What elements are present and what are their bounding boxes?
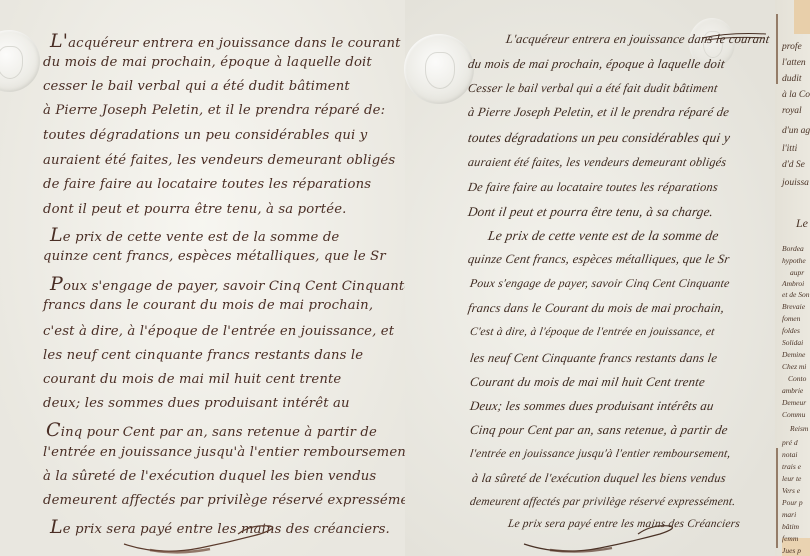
adjacent-fragment: l'itti [782,144,797,154]
transcription-line: c'est à dire, à l'époque de l'entrée en … [43,324,394,339]
page-fold-line [776,448,778,548]
adjacent-fragment: profe [782,42,802,52]
page-fold-line [776,14,778,84]
adjacent-fragment: Reism [790,424,808,433]
manuscript-line: l'entrée en jouissance jusqu'à l'entier … [469,447,731,460]
transcription-line: de faire faire au locataire toutes les r… [43,177,371,192]
manuscript-line: à la sûreté de l'exécution duquel les bi… [471,471,727,486]
adjacent-fragment: Bordea [782,244,804,253]
manuscript-line: Cesser le bail verbal qui a été fait dud… [467,81,719,96]
transcription-line: à la sûreté de l'exécution duquel les bi… [43,469,376,484]
document-image: L'acquéreur entrera en jouissance dans l… [0,0,810,556]
manuscript-line: francs dans le Courant du mois de mai pr… [467,301,725,316]
manuscript-line: C'est à dire, à l'époque de l'entrée en … [469,326,715,338]
adjacent-fragment: l'atten [782,58,806,68]
transcription-panel: L'acquéreur entrera en jouissance dans l… [0,0,405,556]
transcription-line: Poux s'engage de payer, savoir Cinq Cent… [50,273,412,295]
adjacent-fragment: pré d [782,438,798,447]
manuscript-line: Courant du mois de mai mil huit Cent tre… [469,375,706,390]
paper-corner [794,0,810,34]
adjacent-fragment: bâtim [782,522,799,531]
adjacent-fragment: Ambroi [782,279,804,288]
adjacent-fragment: Le [796,216,808,231]
adjacent-fragment: royal [782,106,802,116]
adjacent-fragment: trais e [782,462,801,471]
transcription-line: les neuf cent cinquante francs restants … [43,348,363,363]
adjacent-fragment: et de Son [782,290,810,299]
manuscript-line: Le prix de cette vente est de la somme d… [487,228,720,244]
manuscript-line: Cinq pour Cent par an, sans retenue, à p… [469,423,729,438]
adjacent-fragment: fomen [782,314,800,323]
adjacent-fragment: à la Con [782,90,810,100]
adjacent-fragment: Commu [782,410,805,419]
transcription-line: courant du mois de mai mil huit cent tre… [43,372,341,387]
manuscript-line: à Pierre Joseph Peletin, et il le prendr… [467,105,730,120]
pen-stroke-icon [700,30,770,42]
manuscript-line: Poux s'engage de payer, savoir Cinq Cent… [469,276,731,291]
adjacent-fragment: Vers e [782,486,800,495]
manuscript-line: du mois de mai prochain, époque à laquel… [467,57,726,72]
adjacent-fragment: d'un ag [782,126,810,136]
adjacent-fragment: Jues p [782,546,801,555]
manuscript-line: De faire faire au locataire toutes les r… [467,180,719,195]
manuscript-line: toutes dégradations un peu considérables… [467,130,731,146]
transcription-line: à Pierre Joseph Peletin, et il le prendr… [43,103,385,118]
adjacent-fragment: mari [782,510,796,519]
transcription-line: du mois de mai prochain, époque à laquel… [43,55,372,70]
manuscript-line: quinze Cent francs, espèces métalliques,… [467,252,731,267]
transcription-line: cesser le bail verbal qui a été dudit bâ… [43,79,350,94]
adjacent-fragment: jouissa [782,178,809,188]
transcription-line: quinze cent francs, espèces métalliques,… [43,249,386,264]
adjacent-fragment: Demine [782,350,805,359]
transcription-line: Le prix de cette vente est de la somme d… [50,224,339,246]
adjacent-fragment: Chez mi [782,362,806,371]
adjacent-fragment: hypothe [782,256,806,265]
pen-flourish-icon [520,522,680,556]
manuscript-line: auraient été faites, les vendeurs demeur… [467,155,727,170]
adjacent-fragment: notai [782,450,797,459]
transcription-line: auraient été faites, les vendeurs demeur… [43,153,395,168]
transcription-line: L'acquéreur entrera en jouissance dans l… [50,30,401,52]
adjacent-fragment: dudit [782,74,802,84]
adjacent-fragment: Pour p [782,498,803,507]
adjacent-fragment: d'd Se [782,160,805,170]
embossed-seal-icon [0,30,40,92]
transcription-line: demeurent affectés par privilège réservé… [43,493,427,508]
adjacent-fragment: ambrie [782,386,803,395]
manuscript-line: les neuf Cent Cinquante francs restants … [469,351,718,366]
transcription-line: dont il peut et pourra être tenu, à sa p… [43,202,347,217]
adjacent-fragment: Demeur [782,398,806,407]
embossed-seal-icon [404,34,474,104]
adjacent-fragment: Solidai [782,338,803,347]
adjacent-fragment: Brevaie [782,302,805,311]
adjacent-fragment: foldes [782,326,800,335]
pen-flourish-icon [120,522,280,556]
transcription-line: francs dans le courant du mois de mai pr… [43,298,373,313]
manuscript-line: Deux; les sommes dues produisant intérêt… [469,399,715,414]
manuscript-line: Dont il peut et pourra être tenu, à sa c… [467,204,714,220]
transcription-line: l'entrée en jouissance jusqu'à l'entier … [43,445,411,460]
transcription-line: Cinq pour Cent par an, sans retenue à pa… [46,419,377,441]
transcription-line: toutes dégradations un peu considérables… [43,128,367,143]
transcription-line: deux; les sommes dues produisant intérêt… [43,396,350,411]
adjacent-fragment: Conto [788,374,806,383]
adjacent-fragment: femm [782,534,798,543]
adjacent-fragment: leur te [782,474,801,483]
manuscript-line: demeurent affectés par privilège réservé… [469,495,736,508]
adjacent-fragment: aupr [790,268,804,277]
